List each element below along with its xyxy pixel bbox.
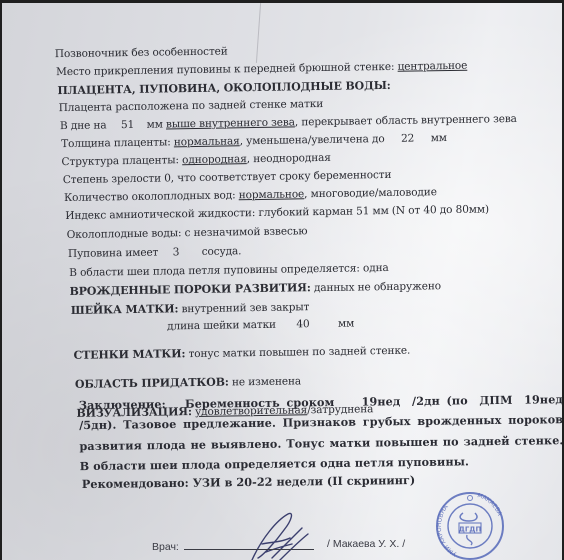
recommendation-line: Рекомендовано: УЗИ в 20-22 недели (II ск…: [82, 473, 416, 491]
conclusion-term: 19нед /2дн: [361, 394, 440, 409]
document-page: Позвоночник без особенностей Место прикр…: [2, 3, 562, 560]
conclusion-paragraph: Заключение: Беременность сроком 19нед /2…: [79, 389, 562, 476]
stamp-center-text: ДГДП: [459, 526, 482, 534]
doctor-label: Врач:: [152, 541, 179, 553]
doctor-name: / Макаева У. Х. /: [327, 538, 405, 550]
svg-text:УМИ ХАРОНОВНА: УМИ ХАРОНОВНА: [436, 503, 458, 557]
conclusion-label: Заключение:: [79, 397, 166, 412]
signature-line: [184, 549, 314, 550]
stamp-text-bottom: УМИ ХАРОНОВНА: [436, 503, 458, 557]
signature-row: Врач:: [152, 541, 316, 553]
clinic-stamp: ДГДП МАКАЕВА УМИ ХАРОНОВНА: [435, 491, 505, 560]
conclusion-text-1: Беременность сроком: [185, 395, 335, 411]
conclusion-block: Заключение: Беременность сроком 19нед /2…: [2, 3, 562, 560]
conclusion-text-2: Тазовое предлежание. Признаков грубых вр…: [79, 412, 562, 473]
svg-text:МАКАЕВА: МАКАЕВА: [476, 492, 503, 518]
stamp-text-top: МАКАЕВА: [476, 492, 503, 518]
